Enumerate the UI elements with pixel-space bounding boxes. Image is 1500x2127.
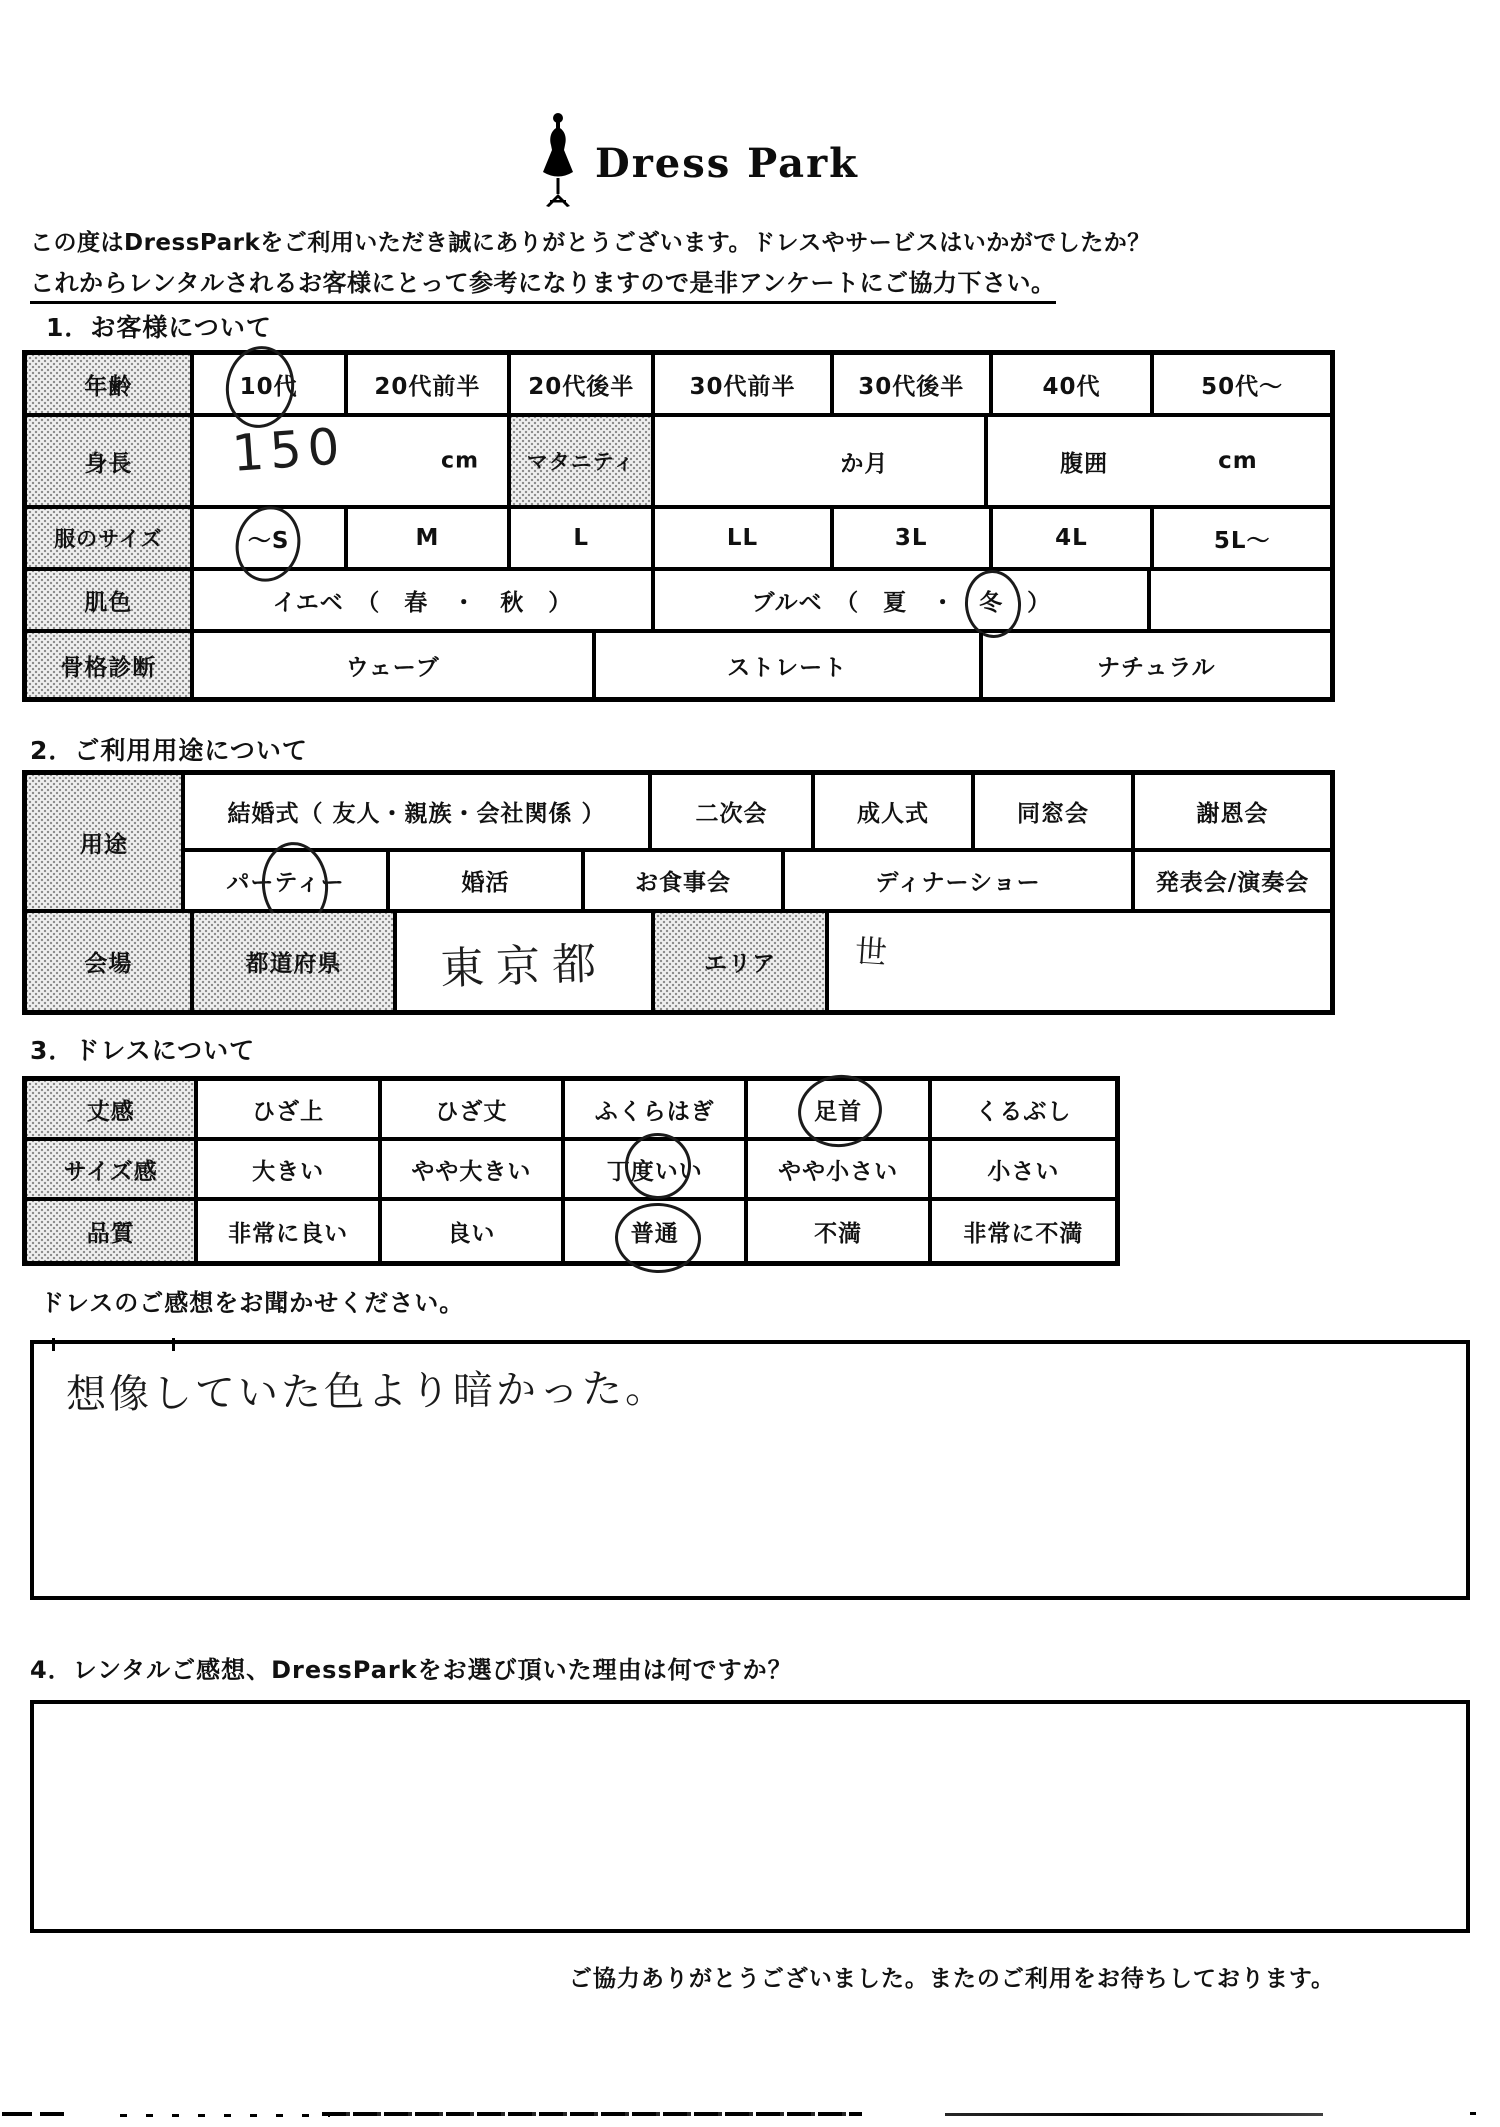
size-option: M	[348, 509, 512, 567]
purpose-option: お食事会	[585, 852, 785, 909]
maternity-label: マタニティ	[511, 417, 655, 505]
feedback-prompt: ドレスのご感想をお聞かせください。	[40, 1283, 464, 1318]
skin-option-yellow: イエベ （ 春 ・ 秋 ）	[194, 571, 655, 629]
venue-label: 会場	[27, 913, 194, 1010]
purpose-row2: パーティー 婚活 お食事会 ディナーショー 発表会/演奏会	[185, 852, 1330, 909]
handwritten-area: 世	[853, 926, 889, 974]
prefecture-value-cell: 東京都	[397, 913, 655, 1010]
age-row-label: 年齢	[27, 355, 194, 413]
size-option: 5L～	[1154, 509, 1330, 567]
handwritten-height-value: 150	[230, 417, 347, 483]
age-option: 40代	[993, 355, 1155, 413]
age-option: 20代後半	[511, 355, 655, 413]
handwritten-circle: 10代	[240, 368, 298, 401]
frame-row-label: 骨格診断	[27, 633, 194, 697]
size-option: L	[511, 509, 655, 567]
fit-option-selected: 丁度いい	[565, 1141, 748, 1197]
size-option: 3L	[834, 509, 993, 567]
waist-cell: 腹囲 cm	[988, 417, 1330, 505]
length-option: ひざ丈	[382, 1081, 565, 1137]
fit-row-label: サイズ感	[27, 1141, 198, 1197]
skin-row: 肌色 イエベ （ 春 ・ 秋 ） ブルベ （ 夏 ・ 冬 ）	[27, 571, 1330, 633]
fit-option: やや大きい	[382, 1141, 565, 1197]
fit-row: サイズ感 大きい やや大きい 丁度いい やや小さい 小さい	[27, 1141, 1115, 1201]
height-value-cell: 150 cm	[194, 417, 511, 505]
maternity-months-cell: か月	[655, 417, 988, 505]
purpose-option: ディナーショー	[785, 852, 1135, 909]
quality-row-label: 品質	[27, 1201, 198, 1261]
age-option: 20代前半	[348, 355, 512, 413]
handwritten-circle: ～S	[248, 522, 290, 555]
handwritten-circle: 足首	[814, 1093, 862, 1126]
quality-option: 非常に良い	[198, 1201, 381, 1261]
purpose-option: 謝恩会	[1135, 775, 1330, 848]
area-label: エリア	[655, 913, 829, 1010]
dress-form-mannequin-icon	[535, 112, 581, 208]
usage-table: 用途 結婚式（ 友人・親族・会社関係 ） 二次会 成人式 同窓会 謝恩会 パーテ…	[22, 770, 1335, 1015]
age-option-selected: 10代	[194, 355, 348, 413]
age-option: 50代～	[1154, 355, 1330, 413]
size-option: 4L	[993, 509, 1155, 567]
size-option-selected: ～S	[194, 509, 348, 567]
handwritten-feedback-answer: 想像していた色より暗かった。	[66, 1357, 669, 1420]
quality-option: 不満	[748, 1201, 931, 1261]
skin-row-label: 肌色	[27, 571, 194, 629]
height-unit-label: cm	[441, 449, 479, 474]
section3-title: 3．ドレスについて	[30, 1031, 255, 1067]
frame-option: ナチュラル	[983, 633, 1330, 697]
frame-option: ストレート	[596, 633, 983, 697]
size-row: 服のサイズ ～S M L LL 3L 4L 5L～	[27, 509, 1330, 571]
quality-option-selected: 普通	[565, 1201, 748, 1261]
handwritten-prefecture: 東京都	[439, 927, 609, 997]
age-option: 30代前半	[655, 355, 834, 413]
fit-option: 小さい	[932, 1141, 1115, 1197]
section4-title: 4．レンタルご感想、DressParkをお選び頂いた理由は何ですか？	[30, 1650, 793, 1685]
size-row-label: 服のサイズ	[27, 509, 194, 567]
purpose-option: 発表会/演奏会	[1135, 852, 1330, 909]
purpose-rows: 用途 結婚式（ 友人・親族・会社関係 ） 二次会 成人式 同窓会 謝恩会 パーテ…	[27, 775, 1330, 913]
age-row: 年齢 10代 20代前半 20代後半 30代前半 30代後半 40代 50代～	[27, 355, 1330, 417]
purpose-option: 同窓会	[975, 775, 1135, 848]
purpose-option: 婚活	[390, 852, 585, 909]
length-option: ふくらはぎ	[565, 1081, 748, 1137]
prefecture-label: 都道府県	[194, 913, 397, 1010]
waist-label: 腹囲	[1060, 445, 1108, 478]
frame-row: 骨格診断 ウェーブ ストレート ナチュラル	[27, 633, 1330, 697]
scan-artifact	[172, 1338, 175, 1351]
waist-unit-label: cm	[1218, 448, 1258, 474]
skin-blue-text: ）	[1003, 584, 1051, 617]
section2-title: 2．ご利用用途について	[30, 731, 308, 767]
purpose-option: 結婚式（ 友人・親族・会社関係 ）	[185, 775, 652, 848]
skin-blue-text: ブルベ （ 夏 ・	[751, 584, 979, 617]
venue-row: 会場 都道府県 東京都 エリア 世	[27, 913, 1330, 1010]
scan-artifact	[322, 2112, 862, 2116]
handwritten-circle: 冬	[979, 584, 1003, 617]
handwritten-circle: 丁度いい	[607, 1153, 703, 1186]
handwritten-circle: 普通	[631, 1215, 679, 1248]
length-row: 丈感 ひざ上 ひざ丈 ふくらはぎ 足首 くるぶし	[27, 1081, 1115, 1141]
height-row: 身長 150 cm マタニティ か月 腹囲 cm	[27, 417, 1330, 509]
frame-option: ウェーブ	[194, 633, 596, 697]
brand-name: Dress Park	[595, 140, 859, 187]
footer-thanks-text: ご協力ありがとうございました。またのご利用をお待ちしております。	[0, 1960, 1335, 1993]
size-option: LL	[655, 509, 834, 567]
request-text: これからレンタルされるお客様にとって参考になりますので是非アンケートにご協力下さ…	[30, 263, 1056, 304]
purpose-row1: 結婚式（ 友人・親族・会社関係 ） 二次会 成人式 同窓会 謝恩会	[185, 775, 1330, 852]
section1-title: 1．お客様について	[46, 308, 272, 344]
scan-artifact	[120, 2114, 330, 2117]
scan-artifact	[2, 2112, 80, 2116]
questionnaire-page: Dress Park この度はDressParkをご利用いただき誠にありがとうご…	[0, 0, 1500, 2127]
fit-option: やや小さい	[748, 1141, 931, 1197]
scan-artifact	[945, 2113, 1323, 2116]
skin-empty-cell	[1151, 571, 1330, 629]
length-option: くるぶし	[932, 1081, 1115, 1137]
greeting-text: この度はDressParkをご利用いただき誠にありがとうございます。ドレスやサー…	[30, 224, 1151, 257]
customer-info-table: 年齢 10代 20代前半 20代後半 30代前半 30代後半 40代 50代～ …	[22, 350, 1335, 702]
length-row-label: 丈感	[27, 1081, 198, 1137]
scan-artifact	[52, 1338, 55, 1351]
fit-option: 大きい	[198, 1141, 381, 1197]
purpose-label: 用途	[27, 775, 185, 909]
handwritten-circle: パーティー	[226, 864, 344, 897]
purpose-option: 二次会	[652, 775, 815, 848]
purpose-option: 成人式	[815, 775, 975, 848]
area-value-cell: 世	[829, 913, 1330, 1010]
age-option: 30代後半	[834, 355, 993, 413]
height-row-label: 身長	[27, 417, 194, 505]
feedback-answer-box: 想像していた色より暗かった。	[30, 1340, 1470, 1600]
length-option: ひざ上	[198, 1081, 381, 1137]
logo: Dress Park	[535, 112, 859, 208]
purpose-option-selected: パーティー	[185, 852, 390, 909]
scan-artifact	[1470, 2112, 1476, 2115]
skin-option-blue: ブルベ （ 夏 ・ 冬 ）	[655, 571, 1151, 629]
quality-option: 非常に不満	[932, 1201, 1115, 1261]
quality-row: 品質 非常に良い 良い 普通 不満 非常に不満	[27, 1201, 1115, 1261]
length-option-selected: 足首	[748, 1081, 931, 1137]
dress-table: 丈感 ひざ上 ひざ丈 ふくらはぎ 足首 くるぶし サイズ感 大きい やや大きい …	[22, 1076, 1120, 1266]
reason-answer-box	[30, 1700, 1470, 1933]
quality-option: 良い	[382, 1201, 565, 1261]
